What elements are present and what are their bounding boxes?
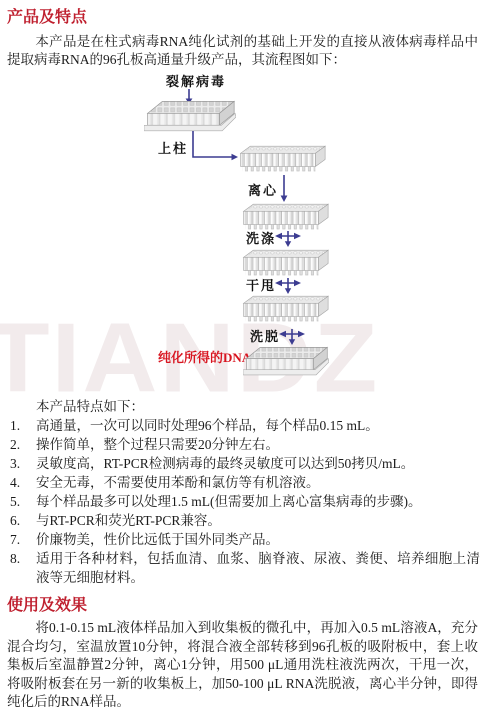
diagram-result-label: 纯化所得的DNA [158, 350, 251, 365]
list-item-number: 2. [10, 435, 36, 454]
diagram-label-lyse: 裂解病毒 [163, 74, 229, 89]
list-item-text: 灵敏度高，RT-PCR检测病毒的最终灵敏度可以达到50拷贝/mL。 [36, 454, 480, 473]
diagram-label-elute: 洗脱 [250, 329, 280, 344]
list-item-text: 每个样品最多可以处理1.5 mL(但需要加上离心富集病毒的步骤)。 [36, 492, 480, 511]
list-item: 5. 每个样品最多可以处理1.5 mL(但需要加上离心富集病毒的步骤)。 [0, 492, 485, 511]
filter-plate-image [238, 145, 326, 173]
list-item-text: 与RT-PCR和荧光RT-PCR兼容。 [36, 511, 480, 530]
list-item-text: 价廉物美，性价比远低于国外同类产品。 [36, 530, 480, 549]
down-arrow-icon [278, 175, 290, 203]
wash-cycle-arrow-icon [274, 276, 302, 296]
features-list: 1. 高通量，一次可以同时处理96个样品，每个样品0.15 mL。 2. 操作简… [0, 416, 485, 587]
wash-cycle-arrow-icon [278, 327, 306, 347]
list-item-number: 1. [10, 416, 36, 435]
section-title-usage: 使用及效果 [7, 596, 485, 615]
section-title-features: 产品及特点 [7, 8, 485, 27]
list-item: 7. 价廉物美，性价比远低于国外同类产品。 [0, 530, 485, 549]
features-list-intro: 本产品特点如下： [36, 397, 485, 416]
diagram-label-wash: 洗涤 [246, 231, 276, 246]
list-item-number: 8. [10, 549, 36, 587]
usage-paragraph: 将0.1-0.15 mL液体样品加入到收集板的微孔中，再加入0.5 mL溶液A，… [7, 619, 478, 707]
list-item-number: 3. [10, 454, 36, 473]
filter-plate-image [241, 295, 329, 323]
diagram-label-load: 上柱 [158, 141, 188, 156]
filter-plate-image [241, 203, 329, 231]
wash-cycle-arrow-icon [274, 229, 302, 249]
filter-plate-image [241, 249, 329, 277]
microplate-image [144, 100, 236, 134]
list-item: 3. 灵敏度高，RT-PCR检测病毒的最终灵敏度可以达到50拷贝/mL。 [0, 454, 485, 473]
list-item-text: 适用于各种材料，包括血清、血浆、脑脊液、尿液、粪便、培养细胞上清液等无细胞材料。 [36, 549, 480, 587]
flow-diagram: 裂解病毒 上柱 [0, 69, 485, 393]
intro-paragraph: 本产品是在柱式病毒RNA纯化试剂的基础上开发的直接从液体病毒样品中提取病毒RNA… [7, 33, 478, 69]
microplate-image [243, 346, 329, 378]
list-item-text: 高通量，一次可以同时处理96个样品，每个样品0.15 mL。 [36, 416, 480, 435]
elbow-arrow-icon [188, 131, 242, 163]
list-item-text: 操作简单，整个过程只需要20分钟左右。 [36, 435, 480, 454]
list-item-number: 4. [10, 473, 36, 492]
list-item: 1. 高通量，一次可以同时处理96个样品，每个样品0.15 mL。 [0, 416, 485, 435]
diagram-label-dry: 干甩 [246, 278, 276, 293]
list-item-number: 6. [10, 511, 36, 530]
document-page: TIANDZ 产品及特点 本产品是在柱式病毒RNA纯化试剂的基础上开发的直接从液… [0, 0, 485, 707]
list-item: 6. 与RT-PCR和荧光RT-PCR兼容。 [0, 511, 485, 530]
list-item-number: 5. [10, 492, 36, 511]
diagram-label-centrifuge: 离心 [248, 183, 278, 198]
list-item-number: 7. [10, 530, 36, 549]
list-item-text: 安全无毒，不需要使用苯酚和氯仿等有机溶液。 [36, 473, 480, 492]
list-item: 4. 安全无毒，不需要使用苯酚和氯仿等有机溶液。 [0, 473, 485, 492]
list-item: 8. 适用于各种材料，包括血清、血浆、脑脊液、尿液、粪便、培养细胞上清液等无细胞… [0, 549, 485, 587]
list-item: 2. 操作简单，整个过程只需要20分钟左右。 [0, 435, 485, 454]
